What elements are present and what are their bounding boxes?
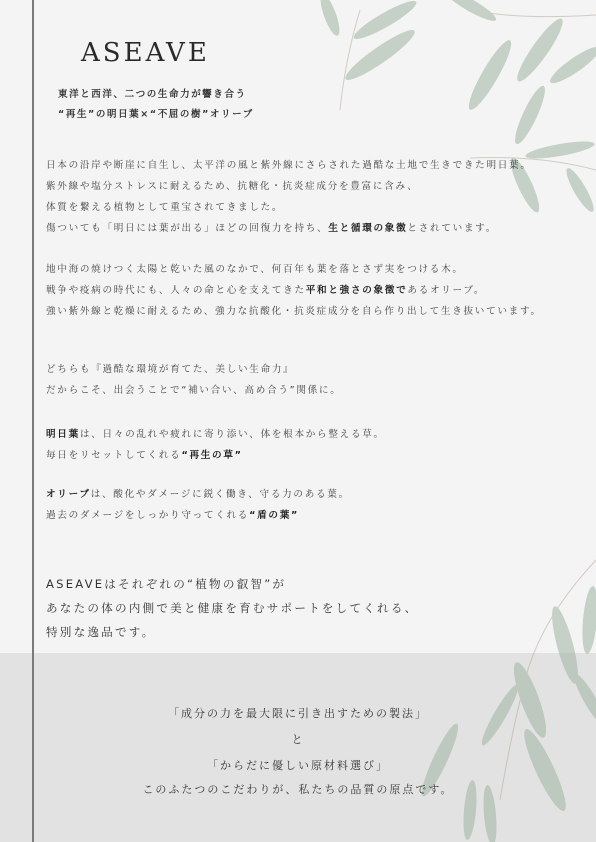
bottom-band	[0, 653, 596, 842]
ashitaba-description: 日本の沿岸や断崖に自生し、太平洋の風と紫外線にさらされた過酷な土地で生きできた明…	[46, 155, 532, 239]
emphasis-text: “再生の草”	[181, 450, 242, 461]
text-line: 紫外線や塩分ストレスに耐えるため、抗糖化・抗炎症成分を豊富に含み、	[46, 176, 532, 197]
olive-description: 地中海の焼けつく太陽と乾いた風のなかで、何百年も葉を落とさず実をつける木。 戦争…	[46, 259, 542, 322]
text-line: ASEAVEはそれぞれの“植物の叡智”が	[46, 572, 418, 596]
text-line: あなたの体の内側で美と健康を育むサポートをしてくれる、	[46, 596, 418, 620]
text-line: 体質を繋える植物として重宝されてきました。	[46, 197, 532, 218]
text-span: 傷ついても「明日には葉が出る」ほどの回復力を持ち、	[46, 223, 328, 234]
tagline-line-1: 東洋と西洋、二つの生命力が響き合う	[58, 86, 247, 100]
text-span: は、酸化やダメージに鋭く働き、守る力のある葉。	[91, 489, 350, 500]
olive-summary: オリーブは、酸化やダメージに鋭く働き、守る力のある葉。 過去のダメージをしっかり…	[46, 484, 350, 526]
text-line: だからこそ、出会うことで“補い合い、高め合う”関係に。	[46, 380, 342, 401]
emphasis-text: 平和と強さの象徴で	[306, 285, 408, 296]
text-line: 戦争や疫病の時代にも、人々の命と心を支えてきた平和と強さの象徴であるオリーブ。	[46, 280, 542, 301]
text-line: 強い紫外線と乾燥に耐えるため、強力な抗酸化・抗炎症成分を自ら作り出して生き抜いて…	[46, 301, 542, 322]
text-line: オリーブは、酸化やダメージに鋭く働き、守る力のある葉。	[46, 484, 350, 505]
closing-statement: ASEAVEはそれぞれの“植物の叡智”が あなたの体の内側で美と健康を育むサポー…	[46, 572, 418, 644]
emphasis-text: 明日葉	[46, 429, 80, 440]
text-line: 地中海の焼けつく太陽と乾いた風のなかで、何百年も葉を落とさず実をつける木。	[46, 259, 542, 280]
commitment-line-3: 「からだに優しい原材料選び」	[0, 757, 596, 773]
emphasis-text: “盾の葉”	[249, 510, 299, 521]
text-span: 戦争や疫病の時代にも、人々の命と心を支えてきた	[46, 285, 306, 296]
ashitaba-summary: 明日葉は、日々の乱れや疲れに寄り添い、体を根本から整える草。 毎日をリセットして…	[46, 424, 385, 466]
text-line: 過去のダメージをしっかり守ってくれる“盾の葉”	[46, 505, 350, 526]
tagline-line-2: “再生”の明日葉×“不屈の樹”オリーブ	[58, 106, 254, 120]
text-line: どちらも『過酷な環境が育てた、美しい生命力』	[46, 359, 342, 380]
text-line: 特別な逸品です。	[46, 620, 418, 644]
text-span: 毎日をリセットしてくれる	[46, 450, 181, 461]
commitment-line-4: このふたつのこだわりが、私たちの品質の原点です。	[0, 781, 596, 797]
commitment-line-1: 「成分の力を最大限に引き出すための製法」	[0, 705, 596, 721]
text-span: あるオリーブ。	[407, 285, 485, 296]
text-span: は、日々の乱れや疲れに寄り添い、体を根本から整える草。	[80, 429, 385, 440]
commitment-line-2: と	[0, 731, 596, 747]
text-line: 傷ついても「明日には葉が出る」ほどの回復力を持ち、生と循環の象徴とされています。	[46, 218, 532, 239]
emphasis-text: 生と循環の象徴	[328, 223, 407, 234]
text-span: とされています。	[407, 223, 497, 234]
brochure-page: ASEAVE 東洋と西洋、二つの生命力が響き合う “再生”の明日葉×“不屈の樹”…	[0, 0, 596, 842]
text-span: 過去のダメージをしっかり守ってくれる	[46, 510, 249, 521]
both-description: どちらも『過酷な環境が育てた、美しい生命力』 だからこそ、出会うことで“補い合い…	[46, 359, 342, 401]
text-line: 日本の沿岸や断崖に自生し、太平洋の風と紫外線にさらされた過酷な土地で生きできた明…	[46, 155, 532, 176]
emphasis-text: オリーブ	[46, 489, 91, 500]
text-line: 毎日をリセットしてくれる“再生の草”	[46, 445, 385, 466]
brand-logo: ASEAVE	[81, 38, 210, 68]
text-line: 明日葉は、日々の乱れや疲れに寄り添い、体を根本から整える草。	[46, 424, 385, 445]
